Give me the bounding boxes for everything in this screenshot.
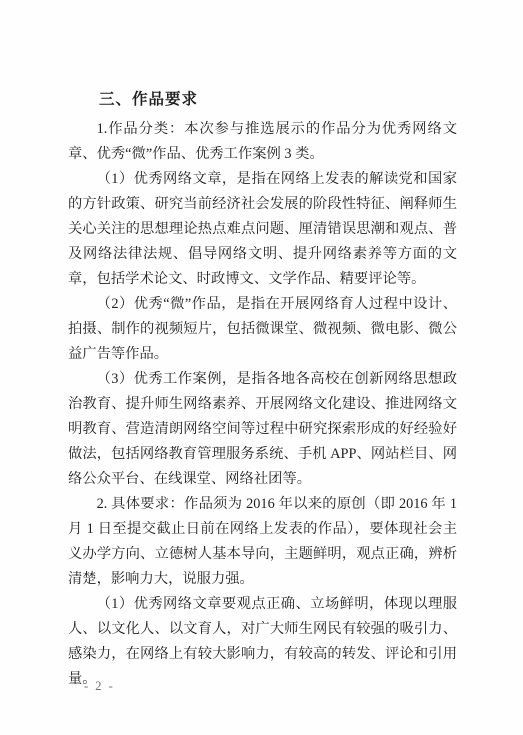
paragraph-classification: 1.作品分类：本次参与推选展示的作品分为优秀网络文章、优秀“微”作品、优秀工作案…: [68, 117, 457, 167]
paragraph-network-articles: （1）优秀网络文章，是指在网络上发表的解读党和国家的方针政策、研究当前经济社会发…: [68, 167, 457, 292]
paragraph-article-requirements: （1）优秀网络文章要观点正确、立场鲜明，体现以理服人、以文化人、以文育人，对广大…: [68, 592, 457, 692]
section-heading: 三、作品要求: [68, 87, 457, 112]
page-number: - 2 -: [84, 679, 115, 694]
paragraph-micro-works: （2）优秀“微”作品，是指在开展网络育人过程中设计、拍摄、制作的视频短片，包括微…: [68, 292, 457, 367]
paragraph-specific-requirements: 2. 具体要求：作品须为 2016 年以来的原创（即 2016 年 1 月 1 …: [68, 492, 457, 592]
paragraph-work-cases: （3）优秀工作案例，是指各地各高校在创新网络思想政治教育、提升师生网络素养、开展…: [68, 367, 457, 492]
document-body: 三、作品要求 1.作品分类：本次参与推选展示的作品分为优秀网络文章、优秀“微”作…: [68, 87, 457, 692]
document-page: 三、作品要求 1.作品分类：本次参与推选展示的作品分为优秀网络文章、优秀“微”作…: [0, 0, 523, 735]
